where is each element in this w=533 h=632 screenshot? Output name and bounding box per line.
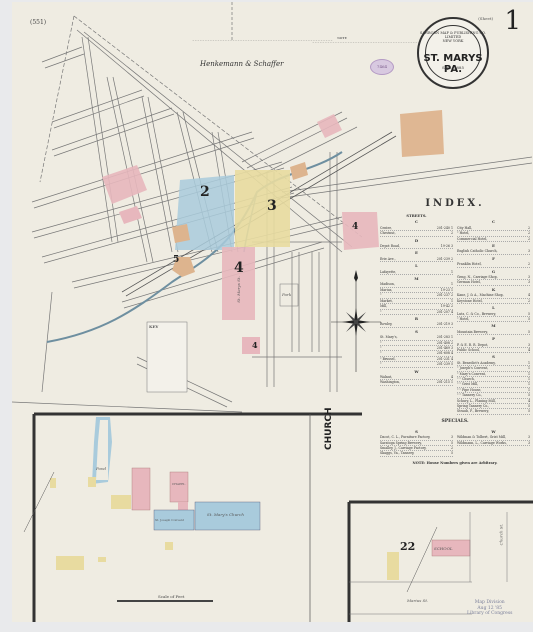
school-label: SCHOOL bbox=[434, 546, 453, 551]
signature: Henkemann & Schaffer bbox=[200, 60, 284, 68]
purple-stamp: 7464 bbox=[370, 59, 394, 75]
index-letter: S bbox=[380, 330, 453, 334]
index-entry: Franklin Hotel,2 bbox=[457, 262, 530, 267]
index-entry: "201-239 5 bbox=[380, 362, 453, 367]
streets-heading: STREETS. bbox=[380, 214, 453, 218]
index-entry: Commercial Hotel,2 bbox=[457, 237, 530, 242]
park-label: Park bbox=[282, 292, 291, 297]
index-entry: Straub, F., Brewery,5 bbox=[457, 409, 530, 414]
marius-st-label: Marius St. bbox=[407, 598, 428, 603]
pond-label: Pond bbox=[96, 466, 106, 471]
index-letter: L bbox=[457, 306, 530, 310]
index-letter: W bbox=[457, 430, 530, 434]
corner-code: (551) bbox=[30, 19, 46, 26]
index-letter: C bbox=[380, 220, 453, 224]
block-number: 22 bbox=[400, 540, 415, 553]
index-entry: Rowley,201-219 3 bbox=[380, 322, 453, 327]
specials-right-column: WWildman & Tolbert, Grist Mill,3Wildmann… bbox=[457, 428, 530, 457]
scale-of-feet: Scale of Feet bbox=[158, 594, 184, 599]
index-letter: C bbox=[457, 220, 530, 224]
index-letter: G bbox=[457, 270, 530, 274]
seal-publisher: SANBORN MAP & PUBLISHING CO. LIMITED bbox=[419, 31, 487, 39]
index-entry: English Catholic Church,3 bbox=[457, 249, 530, 254]
index-letter: P bbox=[457, 337, 530, 341]
church-building-label: St. Mary's Church bbox=[207, 512, 244, 517]
block-number: 2 bbox=[200, 184, 210, 200]
index-letter: W bbox=[380, 370, 453, 374]
map-note: NOTE ~~~~~~~~~~~~~~~~~~~~~~~~~~~~~~~~~~~… bbox=[312, 36, 372, 44]
index-entry: "201-207 4 bbox=[380, 310, 453, 315]
library-stamp: Map Division Aug 12 '85 Library of Congr… bbox=[467, 600, 512, 617]
surveyor-note: ~~~~~~~~~~~~~~~~~~~~~~~~~~~~~~~~~~~~~~~~… bbox=[192, 38, 277, 42]
seal-date: Sept. 1885 bbox=[419, 65, 487, 70]
index-streets-column: STREETS. CCenter,201-240 1Chestnut,2DDep… bbox=[380, 213, 453, 415]
index-letter: R bbox=[380, 317, 453, 321]
map-sheet: (551) (Sheet) 1 SANBORN MAP & PUBLISHING… bbox=[12, 2, 533, 622]
index-letter: S bbox=[380, 430, 453, 434]
seal-place: NEW YORK bbox=[419, 39, 487, 43]
block-number: 4 bbox=[352, 222, 358, 232]
index-business-column: CCity Hall,2" Hotel,2Commercial Hotel,2E… bbox=[457, 213, 530, 415]
index-note: NOTE: House Numbers given are Arbitrary. bbox=[380, 461, 530, 465]
index-entry: Chestnut,2 bbox=[380, 231, 453, 236]
seal-city: ST. MARYS PA. bbox=[419, 53, 487, 75]
index-entry: German Hotel,3 bbox=[457, 280, 530, 285]
index-letter: L bbox=[380, 264, 453, 268]
convent-label: St. Joseph Convent bbox=[155, 518, 184, 522]
index-entry: Washington,201-215 1 bbox=[380, 380, 453, 385]
st-marys-st-label: St. Marys St. bbox=[236, 276, 241, 303]
block-number: 4 bbox=[252, 340, 258, 350]
index-panel: INDEX. STREETS. CCenter,201-240 1Chestnu… bbox=[380, 198, 530, 465]
index-entry: Public School,4 bbox=[457, 348, 530, 353]
church-street-label: CHURCH bbox=[324, 407, 334, 450]
index-entry: Mountain Brewery,5 bbox=[457, 330, 530, 335]
block-number: 4 bbox=[234, 260, 244, 276]
key-label: KEY bbox=[149, 324, 158, 329]
index-letter: F bbox=[457, 257, 530, 261]
index-letter: K bbox=[457, 288, 530, 292]
sheet-label: (Sheet) bbox=[478, 16, 493, 21]
index-entry: Skaggs, Va., Tannery,5 bbox=[380, 451, 453, 456]
index-entry: Lafayette,1 bbox=[380, 270, 453, 275]
index-entry: Erie Ave.,201-239 2 bbox=[380, 257, 453, 262]
index-entry: Keystone Hotel,2 bbox=[457, 299, 530, 304]
index-letter: E bbox=[457, 244, 530, 248]
index-entry: " Hotel,5 bbox=[457, 317, 530, 322]
index-letter: S bbox=[457, 355, 530, 359]
specials-left-column: SDacot, C. L., Furniture Factory,3Sarato… bbox=[380, 428, 453, 457]
index-letter: M bbox=[457, 324, 530, 328]
sheet-number: 1 bbox=[504, 6, 521, 36]
publisher-seal: SANBORN MAP & PUBLISHING CO. LIMITED NEW… bbox=[417, 17, 489, 89]
index-letter: M bbox=[380, 277, 453, 281]
specials-heading: SPECIALS. bbox=[380, 419, 530, 424]
index-letter: E bbox=[380, 251, 453, 255]
block-number: 5 bbox=[173, 255, 179, 265]
index-title: INDEX. bbox=[380, 198, 530, 209]
church-st-label: Church St. bbox=[498, 524, 503, 546]
index-letter: D bbox=[380, 239, 453, 243]
chapel-label: CHAPEL bbox=[172, 482, 185, 486]
block-number: 3 bbox=[267, 198, 277, 214]
index-entry: Wildmann, L., Carriage Works,3 bbox=[457, 441, 530, 446]
index-entry: Depot Road,19-26 3 bbox=[380, 244, 453, 249]
